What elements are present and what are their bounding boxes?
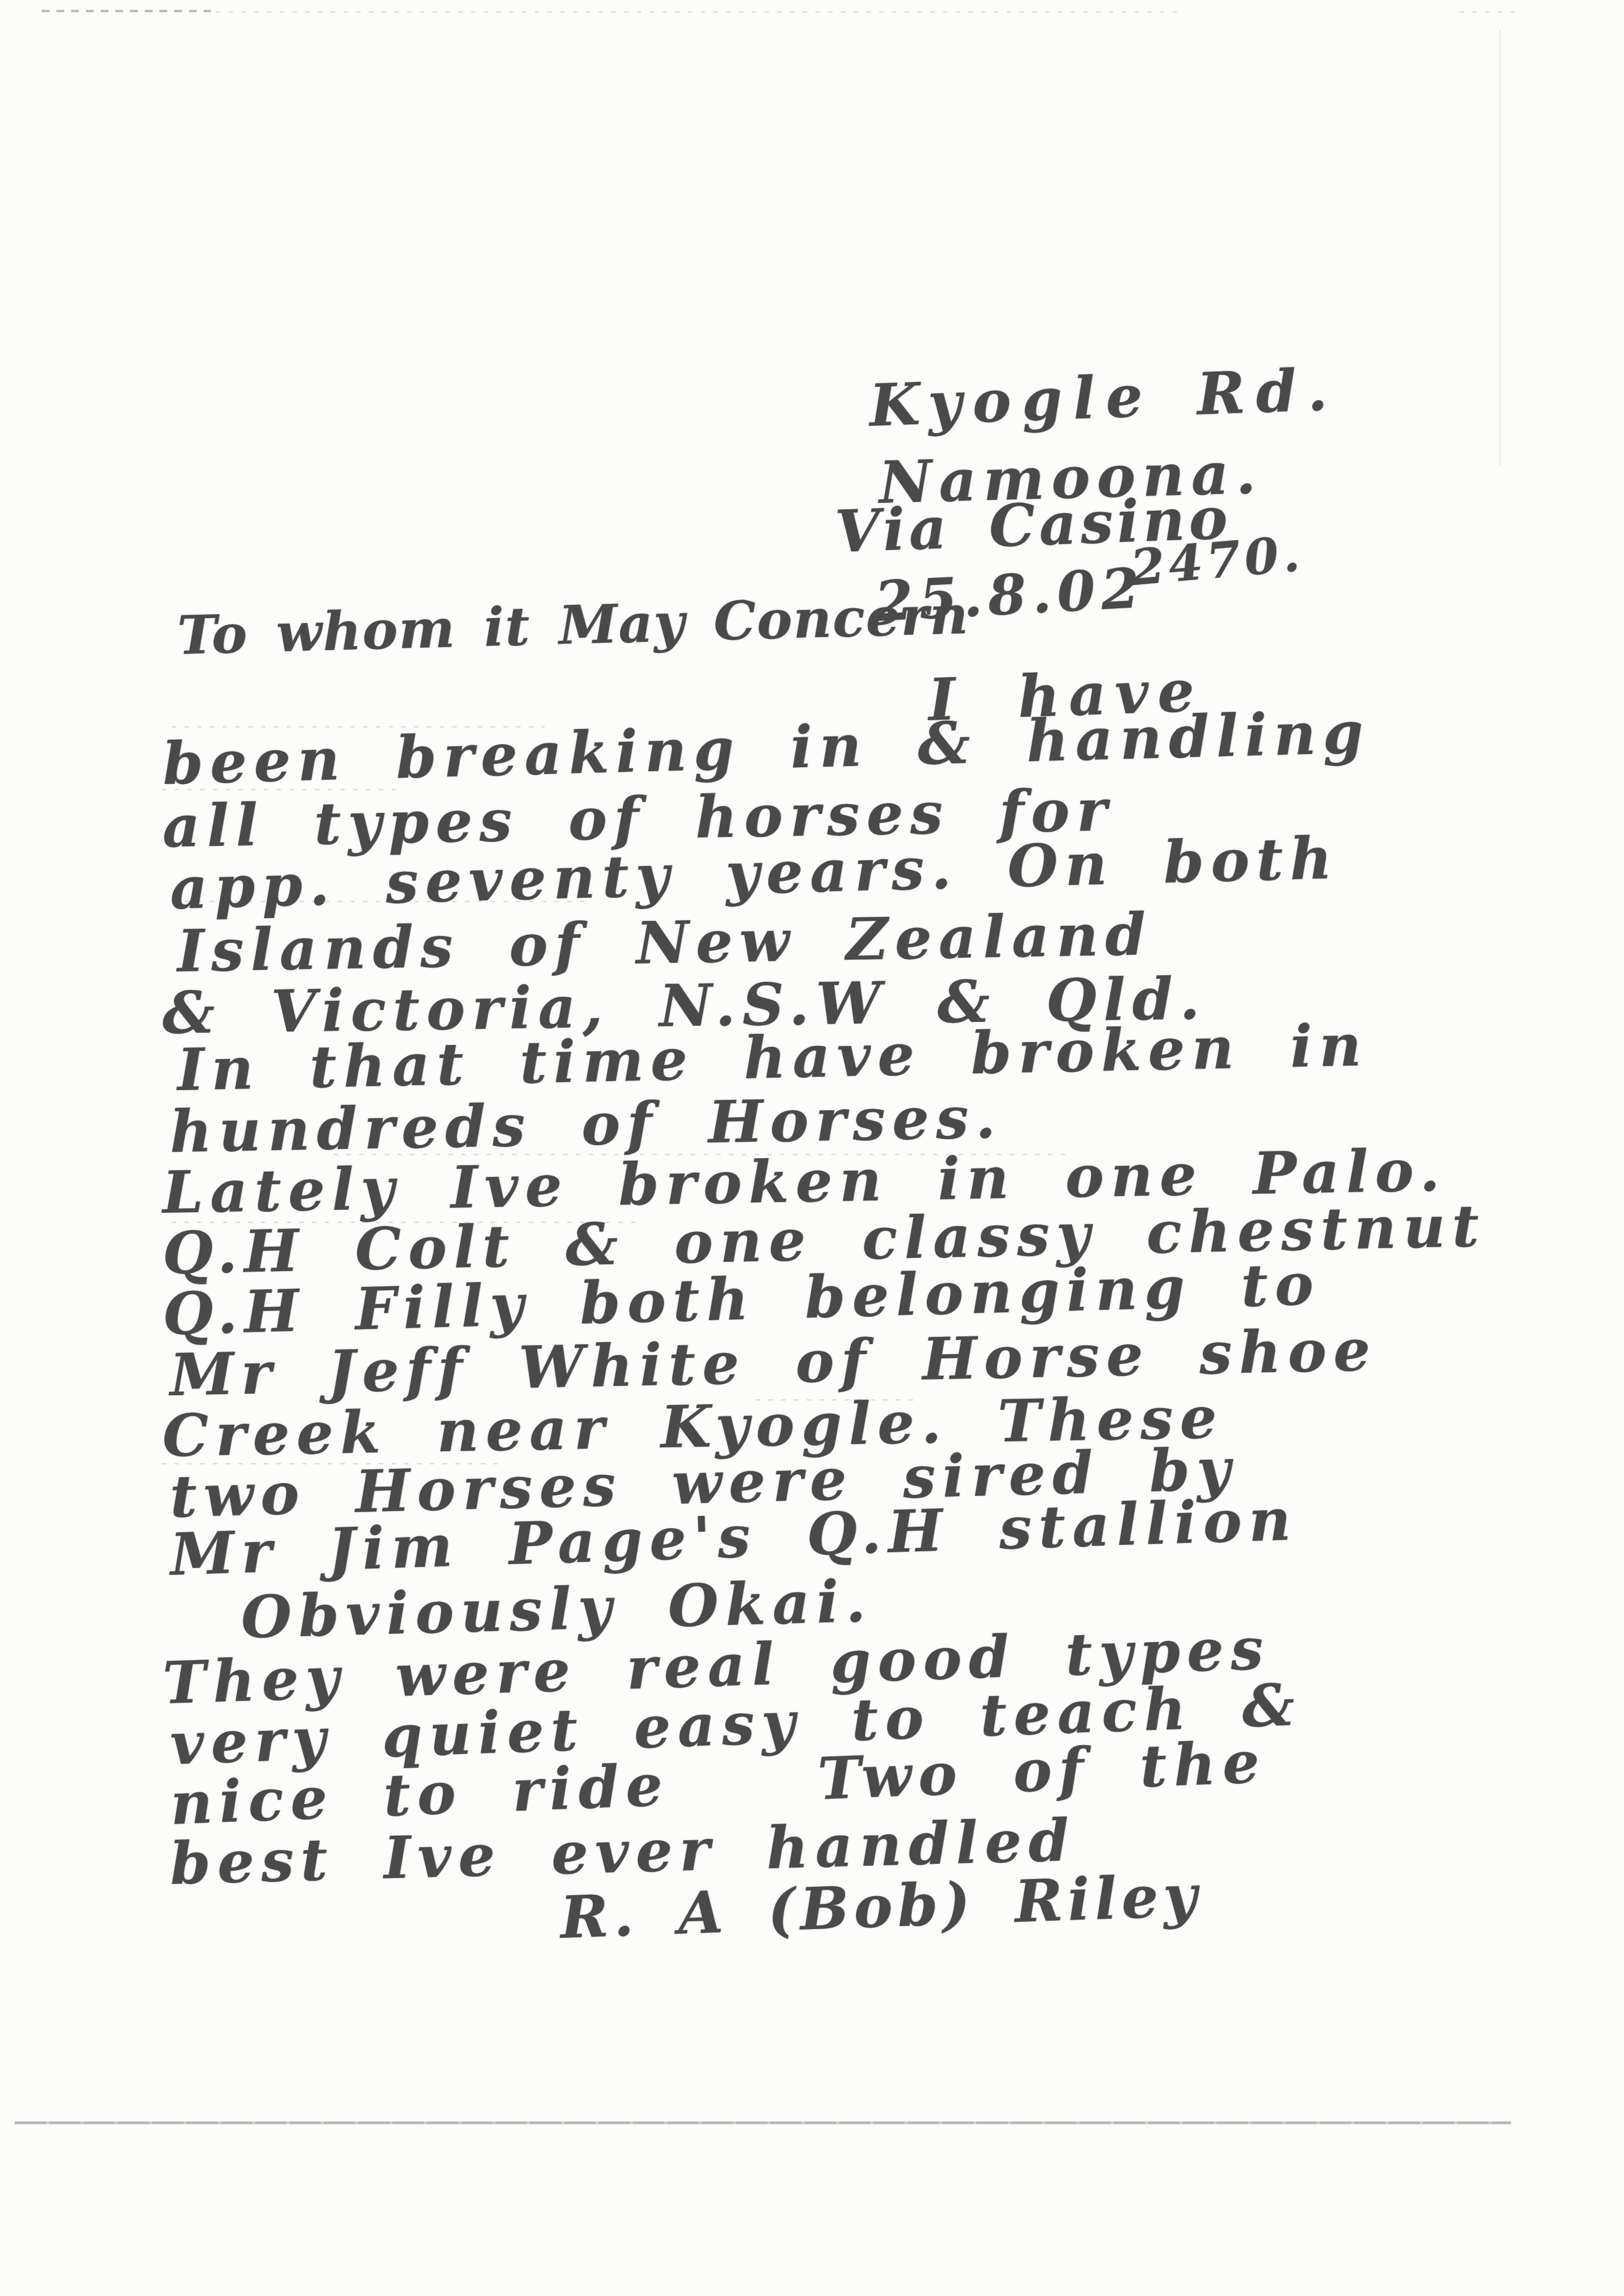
scan-artifact-top-right — [1460, 11, 1523, 13]
scan-artifact-vertical-line — [1499, 29, 1500, 466]
body-line-2: been breaking in & handling — [162, 704, 1371, 793]
salutation: To whom it May Concern — [177, 589, 969, 662]
address-line-1: Kyogle Rd. — [868, 361, 1339, 435]
scan-artifact-bottom-line — [15, 2121, 1511, 2124]
address-postcode: 2470. — [1128, 528, 1306, 592]
scan-artifact-top-faint — [216, 11, 1178, 13]
letter-page: Kyogle Rd. Namoona. Via Casino 2470. 25.… — [0, 0, 1624, 2296]
scan-artifact-top — [42, 10, 211, 12]
